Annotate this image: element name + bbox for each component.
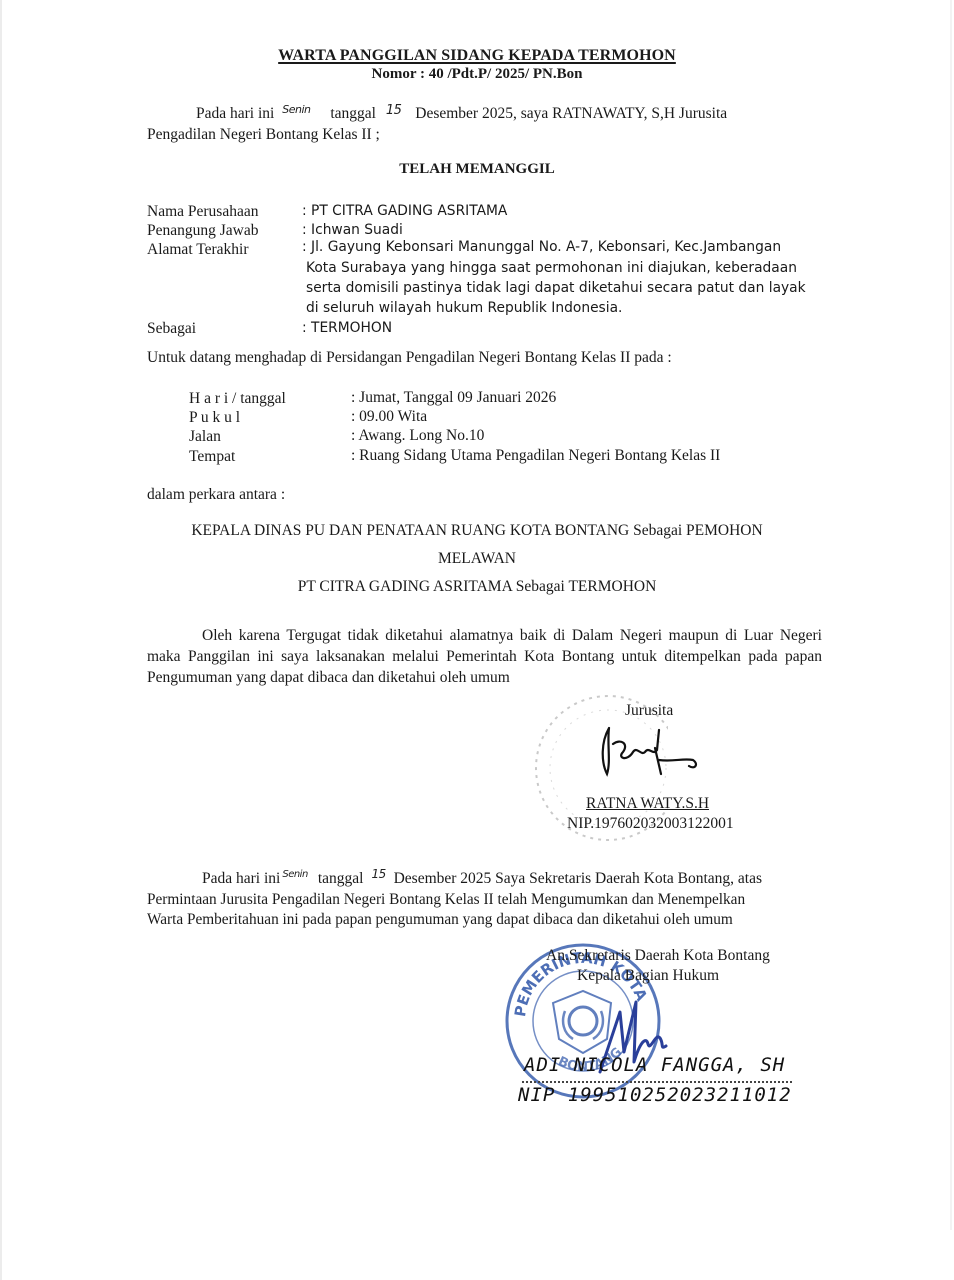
handwritten-day: Senin — [282, 103, 310, 116]
signature-icon — [595, 722, 705, 782]
summons-intro: Untuk datang menghadap di Persidangan Pe… — [147, 348, 672, 368]
document-number: Nomor : 40 /Pdt.P/ 2025/ PN.Bon — [0, 66, 954, 83]
schedule-label: P u k u l — [189, 409, 240, 427]
second-notice-line: Pada hari iniSenintanggal15 Desember 202… — [202, 869, 762, 891]
handwritten-day: Senin — [282, 869, 307, 880]
case-versus: MELAWAN — [0, 550, 954, 568]
document-title: WARTA PANGGILAN SIDANG KEPADA TERMOHON — [0, 47, 954, 65]
notice-paragraph: Oleh karena Tergugat tidak diketahui ala… — [147, 625, 822, 688]
field-label: Sebagai — [147, 320, 196, 338]
schedule-value: : Ruang Sidang Utama Pengadilan Negeri B… — [351, 447, 720, 465]
schedule-label: H a r i / tanggal — [189, 390, 286, 408]
second-notice-line-3: Warta Pemberitahuan ini pada papan pengu… — [147, 910, 733, 930]
field-label: Penangung Jawab — [147, 222, 259, 240]
field-value-continued: di seluruh wilayah hukum Republik Indone… — [306, 300, 622, 316]
case-termohon: PT CITRA GADING ASRITAMA Sebagai TERMOHO… — [0, 578, 954, 596]
opening-line: Pada hari ini Senin tanggal 15 Desember … — [196, 104, 727, 125]
field-value: : Jl. Gayung Kebonsari Manunggal No. A-7… — [302, 239, 781, 255]
handwritten-date: 15 — [371, 867, 385, 881]
signature-line — [522, 1081, 792, 1083]
opening-line-2: Pengadilan Negeri Bontang Kelas II ; — [147, 125, 380, 145]
case-pemohon: KEPALA DINAS PU DAN PENATAAN RUANG KOTA … — [0, 522, 954, 540]
jurusita-name: RATNA WATY.S.H — [586, 794, 709, 814]
page-edge — [0, 0, 2, 1280]
field-value-continued: Kota Surabaya yang hingga saat permohona… — [306, 260, 797, 276]
schedule-label: Tempat — [189, 448, 235, 466]
field-value: : TERMOHON — [302, 320, 392, 336]
secretary-title-line-1: An.Sekretaris Daerah Kota Bontang — [546, 946, 770, 966]
jurusita-role: Jurusita — [625, 701, 673, 721]
case-intro: dalam perkara antara : — [147, 485, 285, 505]
secretary-nip: NIP 199510252023211012 — [518, 1084, 792, 1106]
field-label: Alamat Terakhir — [147, 241, 249, 259]
second-notice-line-2: Permintaan Jurusita Pengadilan Negeri Bo… — [147, 890, 745, 910]
secretary-name: ADI NICOLA FANGGA, SH — [524, 1054, 785, 1076]
schedule-value: : Jumat, Tanggal 09 Januari 2026 — [351, 389, 556, 407]
field-label: Nama Perusahaan — [147, 203, 258, 221]
section-heading: TELAH MEMANGGIL — [0, 161, 954, 178]
secretary-title-line-2: Kepala Bagian Hukum — [577, 966, 719, 986]
handwritten-date: 15 — [386, 103, 402, 118]
field-value: : Ichwan Suadi — [302, 222, 403, 238]
field-value: : PT CITRA GADING ASRITAMA — [302, 203, 507, 219]
jurusita-nip: NIP.197602032003122001 — [567, 814, 734, 834]
schedule-value: : Awang. Long No.10 — [351, 427, 484, 445]
page-edge — [950, 0, 952, 1230]
field-value-continued: serta domisili pastinya tidak lagi dapat… — [306, 280, 806, 296]
schedule-value: : 09.00 Wita — [351, 408, 427, 426]
schedule-label: Jalan — [189, 428, 221, 446]
